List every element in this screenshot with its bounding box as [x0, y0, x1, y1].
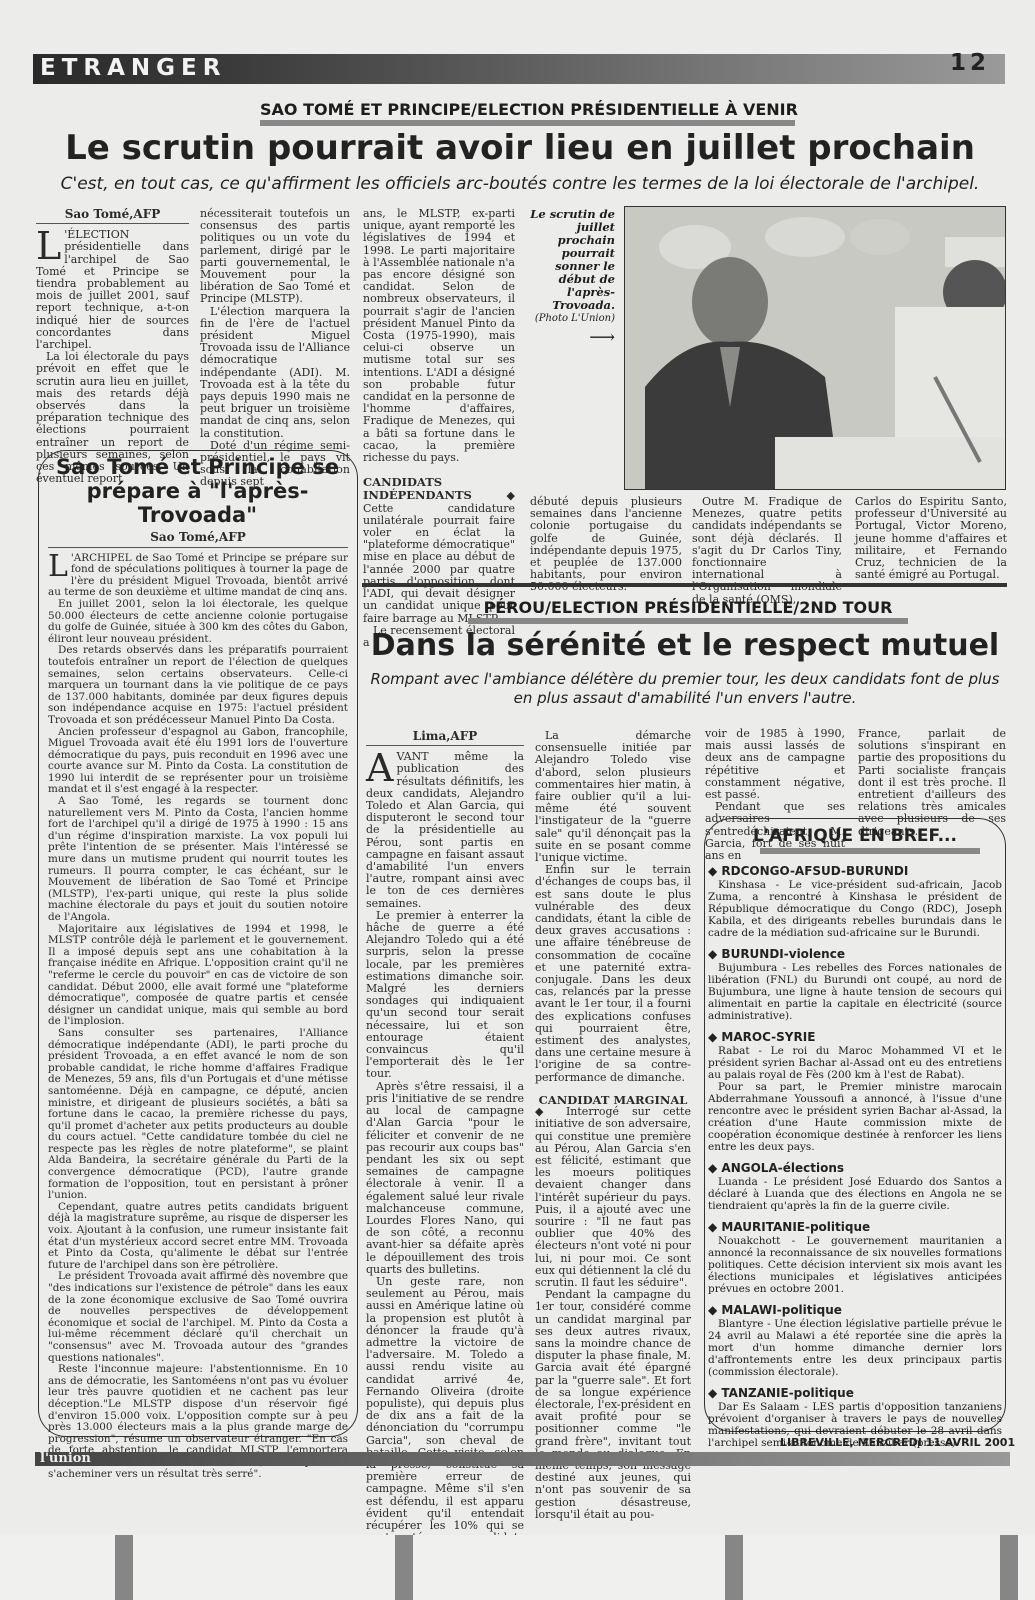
article2-dateline: Lima,AFP	[366, 730, 524, 746]
section-label: ETRANGER	[40, 55, 226, 81]
article1-column-5: Outre M. Fradique de Menezes, quatre pet…	[692, 496, 842, 606]
paragraph: ans, le MLSTP, ex-parti unique, ayant re…	[363, 208, 515, 464]
paragraph: débuté depuis plusieurs semaines dans l'…	[530, 496, 682, 594]
paragraph: L'élection marquera la fin de l'ère de l…	[200, 306, 350, 440]
paragraph: Pendant la campagne du 1er tour, considé…	[535, 1289, 691, 1521]
scan-artifact	[725, 1535, 743, 1600]
brief-heading: ANGOLA-élections	[721, 1161, 844, 1175]
article2-kicker: PÉROU/ELECTION PRÉSIDENTIELLE/2ND TOUR	[468, 598, 908, 617]
dropcap: L	[36, 231, 61, 261]
dropcap: L	[48, 555, 68, 579]
article1-column-2: nécessiterait toutefois un consensus des…	[200, 208, 350, 489]
brief-item: ◆ MAURITANIE-politique Nouakchott - Le g…	[708, 1220, 1002, 1295]
paragraph: Carlos do Espiritu Santo, professeur d'U…	[855, 496, 1007, 581]
sidebar-body: Sao Tomé,AFP L 'ARCHIPEL de Sao Tomé et …	[48, 532, 348, 1480]
paragraph: Cependant, quatre autres petits candidat…	[48, 1202, 348, 1272]
briefs-list: ◆ RDCONGO-AFSUD-BURUNDI Kinshasa - Le vi…	[708, 856, 1002, 1449]
kicker-underline	[260, 120, 795, 126]
arrow-right-icon: ⟶	[525, 331, 615, 344]
brief-heading: BURUNDI-violence	[721, 947, 845, 961]
scan-background	[0, 1535, 1035, 1600]
photo-caption-text: Le scrutin de juillet prochain pourrait …	[525, 208, 615, 312]
paragraph: Le président Trovoada avait affirmé dès …	[48, 1271, 348, 1364]
brief-heading: RDCONGO-AFSUD-BURUNDI	[721, 864, 908, 878]
photo-illustration-icon	[625, 207, 1005, 489]
paragraph: nécessiterait toutefois un consensus des…	[200, 208, 350, 306]
article2-column-2: La démarche consensuelle initiée par Ale…	[535, 730, 691, 1521]
paragraph: 'ARCHIPEL de Sao Tomé et Principe se pré…	[48, 553, 348, 599]
briefs-title: L'AFRIQUE EN BREF...	[710, 826, 1000, 846]
bullet-icon: ◆	[507, 489, 515, 502]
subhead: CANDIDATS INDÉPENDANTS	[363, 475, 472, 502]
paragraph: La démarche consensuelle initiée par Ale…	[535, 730, 691, 864]
dropcap: A	[366, 753, 393, 783]
bullet-icon: ◆	[535, 1105, 553, 1118]
bullet-icon: ◆	[708, 1030, 717, 1044]
paragraph: Sans consulter ses partenaires, l'Allian…	[48, 1028, 348, 1202]
paragraph: voir de 1985 à 1990, mais aussi lassés d…	[705, 728, 845, 801]
brief-item: ◆ ANGOLA-élections Luanda - Le président…	[708, 1161, 1002, 1212]
briefs-title-underline	[760, 848, 980, 854]
brief-text: Blantyre - Une élection législative part…	[708, 1318, 1002, 1378]
brief-text: Nouakchott - Le gouvernement mauritanien…	[708, 1235, 1002, 1295]
footer-dateline: LIBREVILLE, MERCREDI 11 AVRIL 2001	[780, 1436, 1015, 1449]
paragraph: Enfin sur le terrain d'échanges de coups…	[535, 864, 691, 1084]
paragraph: Des retards observés dans les préparatif…	[48, 645, 348, 726]
bullet-icon: ◆	[708, 1303, 717, 1317]
paragraph: Un geste rare, non seulement au Pérou, m…	[366, 1276, 524, 1544]
article2-deck: Rompant avec l'ambiance délétère du prem…	[365, 670, 1005, 708]
brief-heading: TANZANIE-politique	[721, 1386, 853, 1400]
bullet-icon: ◆	[708, 864, 717, 878]
paragraph: ◆ Interrogé sur cette initiative de son …	[535, 1106, 691, 1289]
brief-heading: MALAWI-politique	[721, 1303, 842, 1317]
brief-text: Rabat - Le roi du Maroc Mohammed VI et l…	[708, 1045, 1002, 1081]
scan-artifact	[395, 1535, 413, 1600]
brief-item: ◆ MALAWI-politique Blantyre - Une électi…	[708, 1303, 1002, 1378]
paragraph: Majoritaire aux législatives de 1994 et …	[48, 924, 348, 1028]
photo-caption: Le scrutin de juillet prochain pourrait …	[525, 208, 615, 344]
newspaper-page: ETRANGER 12 SAO TOMÉ ET PRINCIPE/ELECTIO…	[0, 0, 1035, 1535]
brief-text: Pour sa part, le Premier ministre maroca…	[708, 1081, 1002, 1153]
article2-headline: Dans la sérénité et le respect mutuel	[365, 628, 1005, 663]
sidebar-dateline: Sao Tomé,AFP	[48, 532, 348, 548]
scan-artifact	[1000, 1535, 1018, 1600]
paragraph: Le premier à enterrer la hâche de guerre…	[366, 910, 524, 1081]
kicker-underline	[468, 618, 908, 624]
article1-column-1: Sao Tomé,AFP L 'ÉLECTION présidentielle …	[36, 208, 189, 485]
brief-item: ◆ MAROC-SYRIE Rabat - Le roi du Maroc Mo…	[708, 1030, 1002, 1153]
bullet-icon: ◆	[708, 1161, 717, 1175]
article1-column-4: débuté depuis plusieurs semaines dans l'…	[530, 496, 682, 594]
photo-credit: (Photo L'Union)	[525, 312, 615, 325]
bullet-icon: ◆	[708, 947, 717, 961]
brief-text: Bujumbura - Les rebelles des Forces nati…	[708, 962, 1002, 1022]
newspaper-logo: l'union	[40, 1451, 91, 1466]
brief-heading: MAURITANIE-politique	[721, 1220, 870, 1234]
article1-kicker: SAO TOMÉ ET PRINCIPE/ELECTION PRÉSIDENTI…	[260, 100, 795, 119]
article2-column-1: Lima,AFP A VANT même la publication des …	[366, 730, 524, 1544]
sidebar-title: Sao Tomé et Principe se prépare à "l'apr…	[50, 455, 345, 527]
page-number: 12	[950, 50, 990, 76]
paragraph: Outre M. Fradique de Menezes, quatre pet…	[692, 496, 842, 606]
bullet-icon: ◆	[708, 1386, 717, 1400]
article1-dateline: Sao Tomé,AFP	[36, 208, 189, 224]
article1-deck: C'est, en tout cas, ce qu'affirment les …	[60, 174, 980, 194]
paragraph: A Sao Tomé, les regards se tournent donc…	[48, 796, 348, 924]
brief-text: Kinshasa - Le vice-président sud-africai…	[708, 879, 1002, 939]
paragraph: Après s'être ressaisi, il a pris l'initi…	[366, 1081, 524, 1276]
brief-text: Luanda - Le président José Eduardo dos S…	[708, 1176, 1002, 1212]
brief-item: ◆ RDCONGO-AFSUD-BURUNDI Kinshasa - Le vi…	[708, 864, 1002, 939]
paragraph: Ancien professeur d'espagnol au Gabon, f…	[48, 727, 348, 797]
paragraph-text: Interrogé sur cette initiative de son ad…	[535, 1105, 691, 1289]
bullet-icon: ◆	[708, 1220, 717, 1234]
footer-bar	[35, 1452, 1010, 1466]
scan-artifact	[115, 1535, 133, 1600]
paragraph: En juillet 2001, selon la loi électorale…	[48, 599, 348, 645]
brief-heading: MAROC-SYRIE	[721, 1030, 815, 1044]
article-photo	[624, 206, 1006, 490]
article-divider	[362, 583, 1007, 587]
brief-item: ◆ BURUNDI-violence Bujumbura - Les rebel…	[708, 947, 1002, 1022]
article1-headline: Le scrutin pourrait avoir lieu en juille…	[60, 128, 980, 168]
article1-column-6: Carlos do Espiritu Santo, professeur d'U…	[855, 496, 1007, 581]
